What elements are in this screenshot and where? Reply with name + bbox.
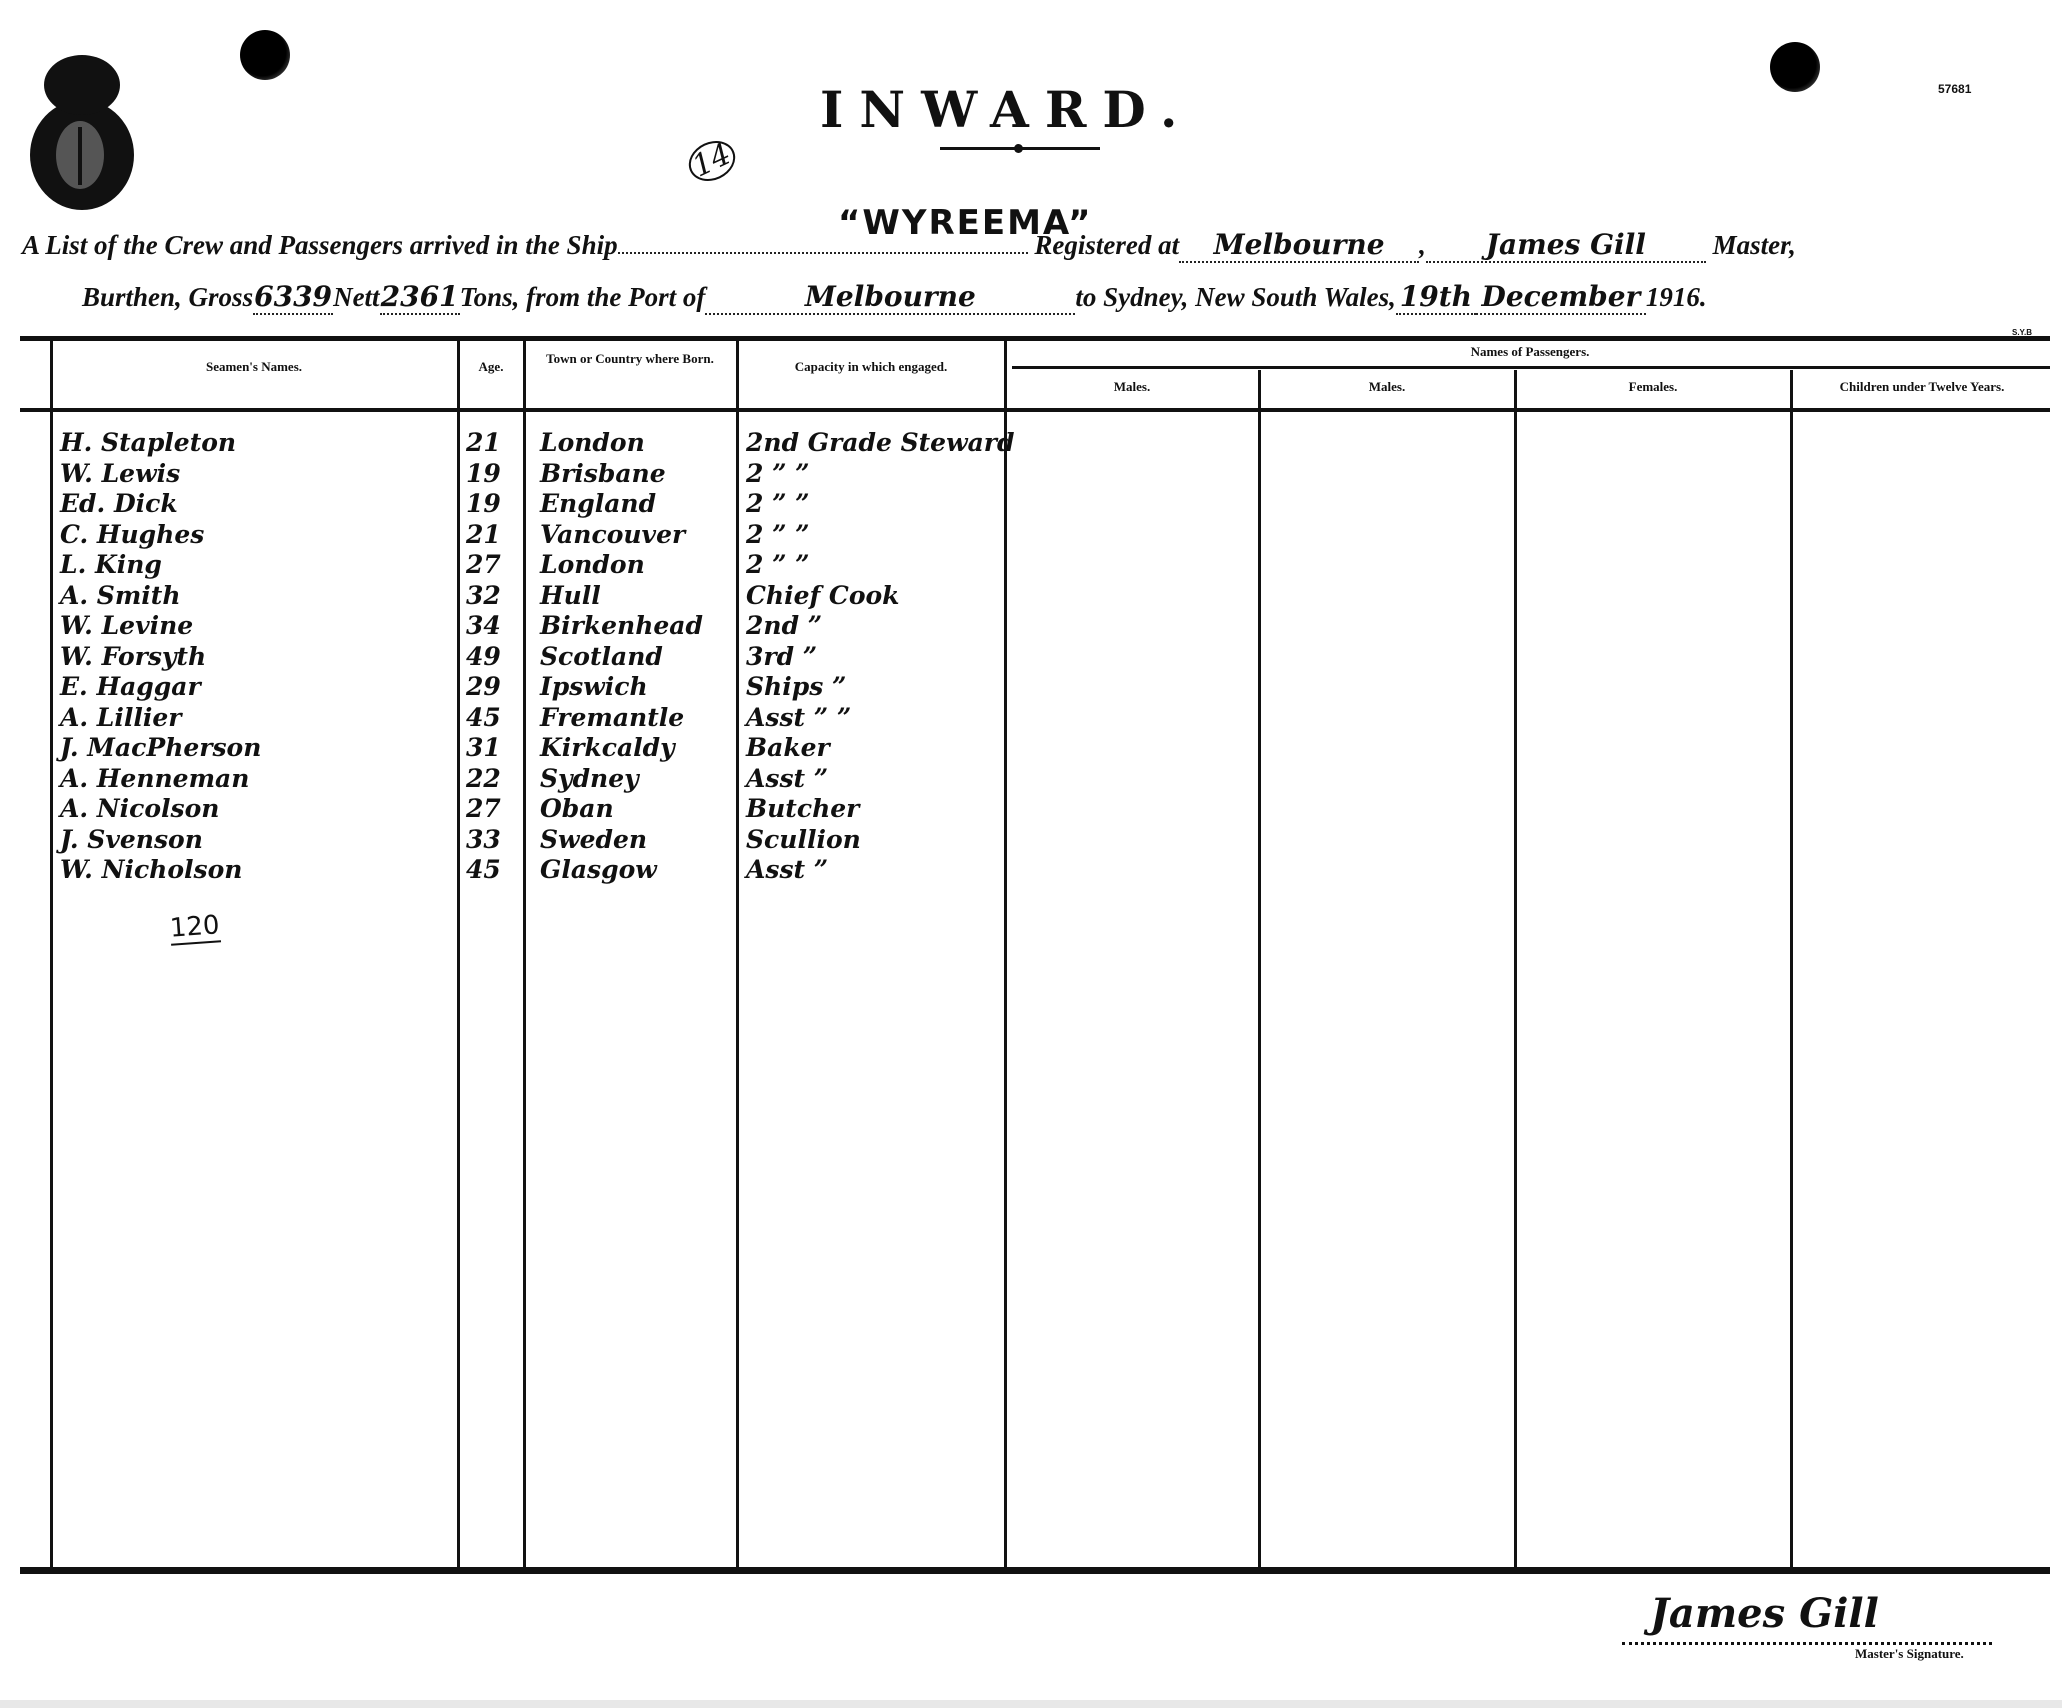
crew-born-cell: Brisbane (540, 459, 666, 488)
registered-port-field: Melbourne (1179, 228, 1419, 263)
crew-age-cell: 19 (466, 459, 501, 488)
crew-capacity-cell: Chief Cook (746, 581, 900, 610)
crew-age-cell: 45 (466, 855, 501, 884)
title-ornament-rule (940, 147, 1100, 150)
column-header-males-2: Males. (1262, 380, 1512, 394)
column-header-seamen-names: Seamen's Names. (52, 360, 456, 374)
date-month-field: December (1476, 280, 1646, 315)
crew-born-cell: Sweden (540, 825, 647, 854)
crew-age-cell: 34 (466, 611, 501, 640)
crew-name-cell: W. Lewis (60, 459, 180, 488)
crew-name-cell: Ed. Dick (60, 489, 178, 518)
column-header-born: Town or Country where Born. (540, 352, 720, 366)
crew-capacity-cell: Asst ” (746, 855, 828, 884)
crew-capacity-cell: Ships ” (746, 672, 846, 701)
crew-born-cell: Vancouver (540, 520, 685, 549)
crew-age-cell: 32 (466, 581, 501, 610)
crew-capacity-cell: Butcher (746, 794, 859, 823)
crew-capacity-cell: Asst ” (746, 764, 828, 793)
column-divider (1790, 370, 1793, 1570)
crew-capacity-cell: 3rd ” (746, 642, 817, 671)
crew-name-cell: W. Levine (60, 611, 193, 640)
column-header-age: Age. (460, 360, 522, 374)
master-label: Master, (1713, 230, 1796, 260)
crew-capacity-cell: 2nd Grade Steward (746, 428, 1014, 457)
column-divider (1258, 370, 1261, 1570)
crew-born-cell: Kirkcaldy (540, 733, 675, 762)
crew-name-cell: A. Nicolson (60, 794, 219, 823)
page-title: INWARD. (820, 80, 1193, 139)
crew-born-cell: London (540, 428, 645, 457)
burthen-label: Burthen, Gross (82, 282, 253, 312)
crew-age-cell: 22 (466, 764, 501, 793)
master-name-field: James Gill (1426, 228, 1706, 263)
crew-born-cell: Glasgow (540, 855, 657, 884)
passengers-subhead-rule (1012, 366, 2050, 369)
crew-name-cell: J. Svenson (60, 825, 203, 854)
crew-name-cell: W. Forsyth (60, 642, 206, 671)
crew-age-cell: 33 (466, 825, 501, 854)
crew-born-cell: Scotland (540, 642, 663, 671)
punch-hole-right (1770, 42, 1820, 92)
crew-age-cell: 27 (466, 550, 501, 579)
total-mark: 120 (169, 910, 221, 945)
crew-born-cell: Ipswich (540, 672, 648, 701)
table-top-rule (20, 336, 2050, 341)
from-port-field: Melbourne (705, 280, 1075, 315)
crew-name-cell: L. King (60, 550, 162, 579)
crew-capacity-cell: 2 ” ” (746, 520, 810, 549)
crew-name-cell: A. Lillier (60, 703, 181, 732)
nett-label: Nett (333, 282, 380, 312)
table-head-rule (20, 408, 2050, 412)
tons-from-label: Tons, from the Port of (460, 282, 706, 312)
column-divider (1514, 370, 1517, 1570)
year-suffix: . (1700, 282, 1707, 312)
column-header-passengers: Names of Passengers. (1010, 345, 2050, 359)
crew-age-cell: 21 (466, 428, 501, 457)
crew-born-cell: Birkenhead (540, 611, 703, 640)
gross-tons-field: 6339 (253, 280, 333, 315)
date-day-field: 19th (1396, 280, 1476, 315)
scan-bottom-edge (0, 1700, 2062, 1708)
crew-name-cell: C. Hughes (60, 520, 204, 549)
column-header-males-1: Males. (1008, 380, 1256, 394)
crew-age-cell: 21 (466, 520, 501, 549)
crew-capacity-cell: 2 ” ” (746, 550, 810, 579)
master-signature: James Gill (1650, 1590, 1879, 1637)
column-divider (50, 340, 53, 1570)
crew-born-cell: England (540, 489, 656, 518)
crew-born-cell: Oban (540, 794, 614, 823)
signature-line (1622, 1642, 1992, 1645)
crew-age-cell: 19 (466, 489, 501, 518)
year: 1916 (1646, 282, 1700, 312)
crew-age-cell: 45 (466, 703, 501, 732)
crew-born-cell: Fremantle (540, 703, 684, 732)
crew-capacity-cell: Asst ” ” (746, 703, 851, 732)
column-divider (457, 340, 460, 1570)
table-bottom-rule (20, 1567, 2050, 1574)
crew-born-cell: Hull (540, 581, 601, 610)
column-divider (736, 340, 739, 1570)
column-divider (1004, 340, 1007, 1570)
crew-name-cell: J. MacPherson (60, 733, 261, 762)
crew-capacity-cell: 2nd ” (746, 611, 822, 640)
crew-age-cell: 29 (466, 672, 501, 701)
nett-tons-field: 2361 (380, 280, 460, 315)
header-line-2: Burthen, Gross6339Nett2361Tons, from the… (82, 280, 1707, 315)
punch-hole-left (240, 30, 290, 80)
crew-age-cell: 49 (466, 642, 501, 671)
crew-age-cell: 31 (466, 733, 501, 762)
registered-label: Registered at (1034, 230, 1179, 260)
crest-stamp (22, 45, 142, 210)
column-header-capacity: Capacity in which engaged. (740, 360, 1002, 374)
header-line-1: A List of the Crew and Passengers arrive… (22, 228, 1796, 263)
crew-capacity-cell: 2 ” ” (746, 459, 810, 488)
crew-name-cell: E. Haggar (60, 672, 201, 701)
crew-capacity-cell: Baker (746, 733, 830, 762)
crew-name-cell: H. Stapleton (60, 428, 236, 457)
column-header-females: Females. (1518, 380, 1788, 394)
crew-born-cell: Sydney (540, 764, 639, 793)
column-header-children: Children under Twelve Years. (1794, 380, 2050, 394)
folio-mark: 14 (682, 134, 742, 189)
crew-name-cell: A. Smith (60, 581, 181, 610)
to-sydney-label: to Sydney, New South Wales, (1075, 282, 1396, 312)
ship-name-field (618, 252, 1028, 254)
crew-name-cell: A. Henneman (60, 764, 249, 793)
crew-born-cell: London (540, 550, 645, 579)
column-divider (523, 340, 526, 1570)
signature-label: Master's Signature. (1855, 1646, 1964, 1662)
list-prefix-label: A List of the Crew and Passengers arrive… (22, 230, 618, 260)
crew-capacity-cell: 2 ” ” (746, 489, 810, 518)
crew-age-cell: 27 (466, 794, 501, 823)
crew-name-cell: W. Nicholson (60, 855, 242, 884)
form-number: 57681 (1938, 82, 1971, 96)
crew-capacity-cell: Scullion (746, 825, 861, 854)
